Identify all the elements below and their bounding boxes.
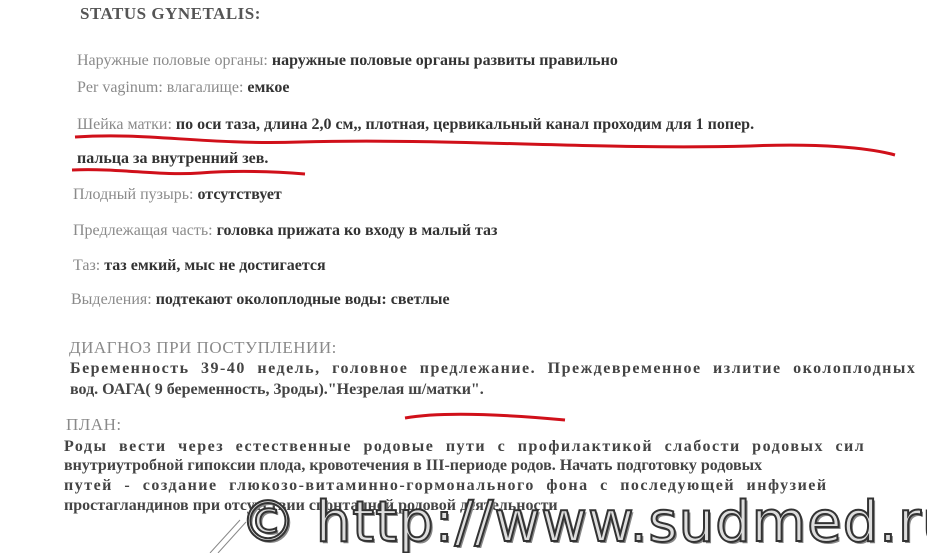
field-pelvis: Таз: таз емкий, мыс не достигается: [73, 257, 326, 275]
field-label: Шейка матки:: [77, 116, 172, 133]
diagnosis-suffix: .: [480, 381, 484, 398]
plan-heading: ПЛАН:: [66, 415, 122, 435]
status-title: STATUS GYNETALIS:: [80, 4, 261, 24]
diagnosis-highlight: "Незрелая ш/матки": [328, 381, 480, 398]
field-presenting-part: Предлежащая часть: головка прижата ко вх…: [73, 222, 497, 240]
field-value: по оси таза, длина 2,0 см,, плотная, цер…: [176, 116, 754, 133]
field-label: Плодный пузырь:: [73, 186, 193, 203]
watermark: © http://www.sudmed.ru: [240, 490, 927, 553]
plan-line-2: внутриутробной гипоксии плода, кровотече…: [64, 456, 762, 476]
field-label: Таз:: [73, 257, 100, 274]
diagnosis-heading: ДИАГНОЗ ПРИ ПОСТУПЛЕНИИ:: [69, 338, 337, 358]
field-discharge: Выделения: подтекают околоплодные воды: …: [71, 291, 450, 309]
field-value: емкое: [247, 79, 289, 96]
field-label: Per vaginum: влагалище:: [77, 79, 243, 96]
diagnosis-line-1: Беременность 39-40 недель, головное пред…: [70, 359, 916, 379]
field-value: отсутствует: [197, 186, 281, 203]
plan-line-1: Роды вести через естественные родовые пу…: [64, 437, 865, 457]
field-value: головка прижата ко входу в малый таз: [217, 222, 498, 239]
diagnosis-prefix: вод. ОАГА( 9 беременность, 3роды).: [70, 381, 328, 398]
field-cervix: Шейка матки: по оси таза, длина 2,0 см,,…: [77, 116, 754, 134]
field-label: Предлежащая часть:: [73, 222, 213, 239]
field-cervix-cont: пальца за внутренний зев.: [77, 150, 268, 168]
field-value: таз емкий, мыс не достигается: [104, 257, 325, 274]
field-amniotic-sac: Плодный пузырь: отсутствует: [73, 186, 282, 204]
field-label: Наружные половые органы:: [77, 52, 268, 69]
field-label: Выделения:: [71, 291, 152, 308]
field-value: наружные половые органы развиты правильн…: [272, 52, 618, 69]
field-value: подтекают околоплодные воды: светлые: [156, 291, 450, 308]
diagnosis-line-2: вод. ОАГА( 9 беременность, 3роды)."Незре…: [70, 380, 484, 400]
field-external-organs: Наружные половые органы: наружные половы…: [77, 52, 618, 70]
field-value-cont: пальца за внутренний зев.: [77, 150, 268, 167]
field-per-vaginum: Per vaginum: влагалище: емкое: [77, 79, 290, 97]
